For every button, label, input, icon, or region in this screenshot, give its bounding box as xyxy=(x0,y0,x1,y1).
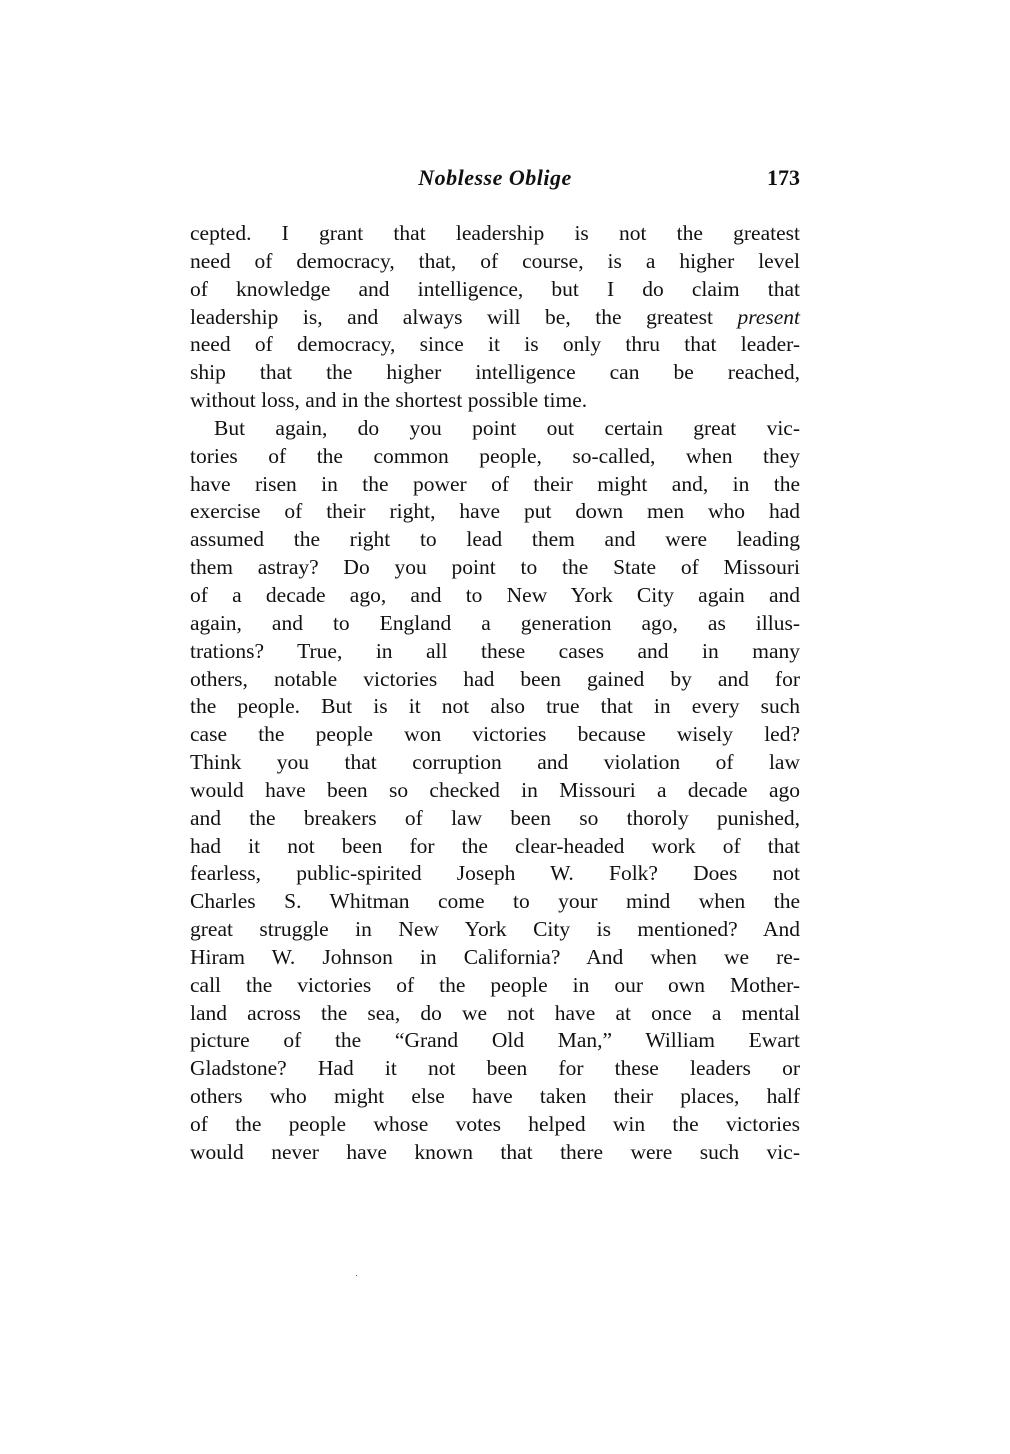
text-line: assumed the right to lead them and were … xyxy=(190,526,800,554)
text-line: trations? True, in all these cases and i… xyxy=(190,638,800,666)
text-line: need of democracy, that, of course, is a… xyxy=(190,248,800,276)
text-line: would never have known that there were s… xyxy=(190,1139,800,1167)
text-line: again, and to England a generation ago, … xyxy=(190,610,800,638)
text-line: cepted. I grant that leadership is not t… xyxy=(190,220,800,248)
text-line: picture of the “Grand Old Man,” William … xyxy=(190,1027,800,1055)
page-number: 173 xyxy=(767,160,800,196)
text-line: would have been so checked in Missouri a… xyxy=(190,777,800,805)
text-line: without loss, and in the shortest possib… xyxy=(190,387,800,415)
running-head: Noblesse Oblige 173 xyxy=(190,160,800,196)
text-line: and the breakers of law been so thoroly … xyxy=(190,805,800,833)
text-line: tories of the common people, so-called, … xyxy=(190,443,800,471)
book-page: Noblesse Oblige 173 cepted. I grant that… xyxy=(0,0,1010,1454)
text-line: had it not been for the clear-headed wor… xyxy=(190,833,800,861)
text-line: Hiram W. Johnson in California? And when… xyxy=(190,944,800,972)
text-line: others who might else have taken their p… xyxy=(190,1083,800,1111)
text-line: fearless, public-spirited Joseph W. Folk… xyxy=(190,860,800,888)
text-line-indented: But again, do you point out certain grea… xyxy=(190,415,800,443)
text-line: have risen in the power of their might a… xyxy=(190,471,800,499)
text-line: them astray? Do you point to the State o… xyxy=(190,554,800,582)
running-title: Noblesse Oblige xyxy=(190,160,800,196)
body-text: cepted. I grant that leadership is not t… xyxy=(190,220,800,1167)
text-line: the people. But is it not also true that… xyxy=(190,693,800,721)
text-line: Charles S. Whitman come to your mind whe… xyxy=(190,888,800,916)
text-fragment: leadership is, and always will be, the g… xyxy=(190,305,713,329)
italic-emphasis: present xyxy=(738,305,801,329)
text-line: of a decade ago, and to New York City ag… xyxy=(190,582,800,610)
text-line: call the victories of the people in our … xyxy=(190,972,800,1000)
text-line: exercise of their right, have put down m… xyxy=(190,498,800,526)
text-line: of knowledge and intelligence, but I do … xyxy=(190,276,800,304)
text-line: great struggle in New York City is menti… xyxy=(190,916,800,944)
text-line: ship that the higher intelligence can be… xyxy=(190,359,800,387)
scan-speck xyxy=(356,1275,357,1276)
text-line: need of democracy, since it is only thru… xyxy=(190,331,800,359)
text-line: of the people whose votes helped win the… xyxy=(190,1111,800,1139)
text-line: others, notable victories had been gaine… xyxy=(190,666,800,694)
text-line: case the people won victories because wi… xyxy=(190,721,800,749)
text-line: Gladstone? Had it not been for these lea… xyxy=(190,1055,800,1083)
text-line: Think you that corruption and violation … xyxy=(190,749,800,777)
text-line: land across the sea, do we not have at o… xyxy=(190,1000,800,1028)
text-line-with-italic: leadership is, and always will be, the g… xyxy=(190,304,800,332)
